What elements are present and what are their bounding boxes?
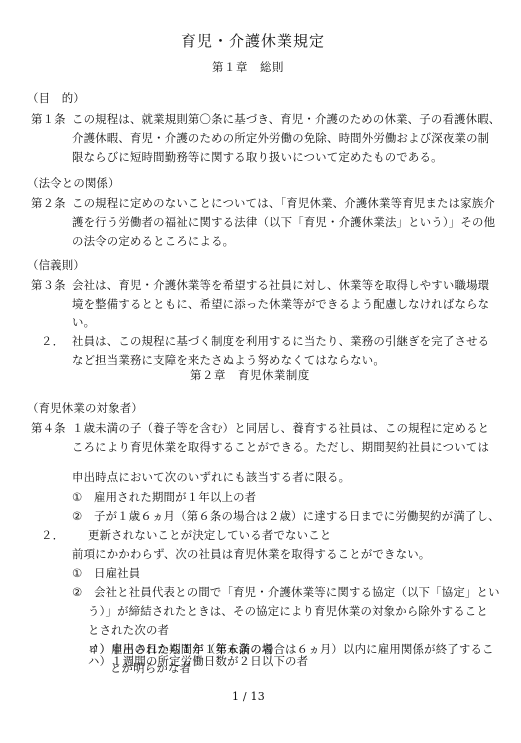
body-line: 護を行う労働者の福祉に関する法律（以下「育児・介護休業法」という）」その他 xyxy=(72,215,495,229)
body-line: 境を整備するとともに、希望に添った休業等ができるよう配慮しなければならな xyxy=(72,297,489,311)
article-number: 第４条 xyxy=(31,421,66,435)
body-line: 限ならびに短時間勤務等に関する取り扱いについて定めたものである。 xyxy=(72,150,443,164)
document-title: 育児・介護休業規定 xyxy=(181,34,325,48)
body-line: の法令の定めるところによる。 xyxy=(72,234,234,248)
list-item: ① 雇用された期間が１年以上の者 xyxy=(72,490,256,504)
article-caption: （信義則） xyxy=(27,258,85,272)
article-caption: （育児休業の対象者） xyxy=(27,401,143,415)
body-line: 前項にかかわらず、次の社員は育児休業を取得することができない。 xyxy=(72,547,430,561)
body-line: い。 xyxy=(72,315,95,329)
article-number: 第２条 xyxy=(31,196,66,210)
body-line: 会社は、育児・介護休業等を希望する社員に対し、休業等を取得しやすい職場環 xyxy=(72,278,489,292)
body-line: ころにより育児休業を取得することができる。ただし、期間契約社員については xyxy=(72,440,489,454)
chapter-heading: 第２章 育児休業制度 xyxy=(190,368,310,382)
body-line: この規程は、就業規則第〇条に基づき、育児・介護のための休業、子の看護休暇、 xyxy=(72,112,500,126)
sub-list-item: ハ）１週間の所定労働日数が２日以下の者 xyxy=(88,654,308,668)
list-item: ② 子が１歳６ヵ月（第６条の場合は２歳）に達する日までに労働契約が満了し、 xyxy=(72,509,500,523)
paragraph-number: ２． xyxy=(41,528,64,542)
article-caption: （目 的） xyxy=(27,91,85,105)
list-item: ② 会社と社員代表との間で「育児・介護休業等に関する協定（以下「協定」とい xyxy=(72,585,500,599)
paragraph-number: ２． xyxy=(41,334,64,348)
list-item-continuation: とされた次の者 xyxy=(88,623,169,637)
body-line: この規程に定めのないことについては、「育児休業、介護休業等育児または家族介 xyxy=(72,196,495,210)
list-item-continuation: う）」が締結されたときは、その協定により育児休業の対象から除外すること xyxy=(88,604,488,618)
list-item-continuation: 更新されないことが決定している者でないこと xyxy=(88,528,331,542)
list-item: ① 日雇社員 xyxy=(72,566,140,580)
body-line: 社員は、この規程に基づく制度を利用するに当たり、業務の引継ぎを完了させる xyxy=(72,334,489,348)
body-line: １歳未満の子（養子等を含む）と同居し、養育する社員は、この規程に定めると xyxy=(72,421,489,435)
page-number: 1 / 13 xyxy=(232,690,265,704)
body-line: 介護休暇、育児・介護のための所定外労働の免除、時間外労働および深夜業の制 xyxy=(72,131,489,145)
body-line: など担当業務に支障を来たさぬよう努めなくてはならない。 xyxy=(72,353,385,367)
document-page: 育児・介護休業規定 第１章 総則（目 的）第１条この規程は、就業規則第〇条に基づ… xyxy=(0,0,521,743)
article-number: 第３条 xyxy=(31,278,66,292)
body-line: 申出時点において次のいずれにも該当する者に限る。 xyxy=(72,470,350,484)
article-number: 第１条 xyxy=(31,112,66,126)
chapter-heading: 第１章 総則 xyxy=(212,60,284,74)
article-caption: （法令との関係） xyxy=(27,176,120,190)
